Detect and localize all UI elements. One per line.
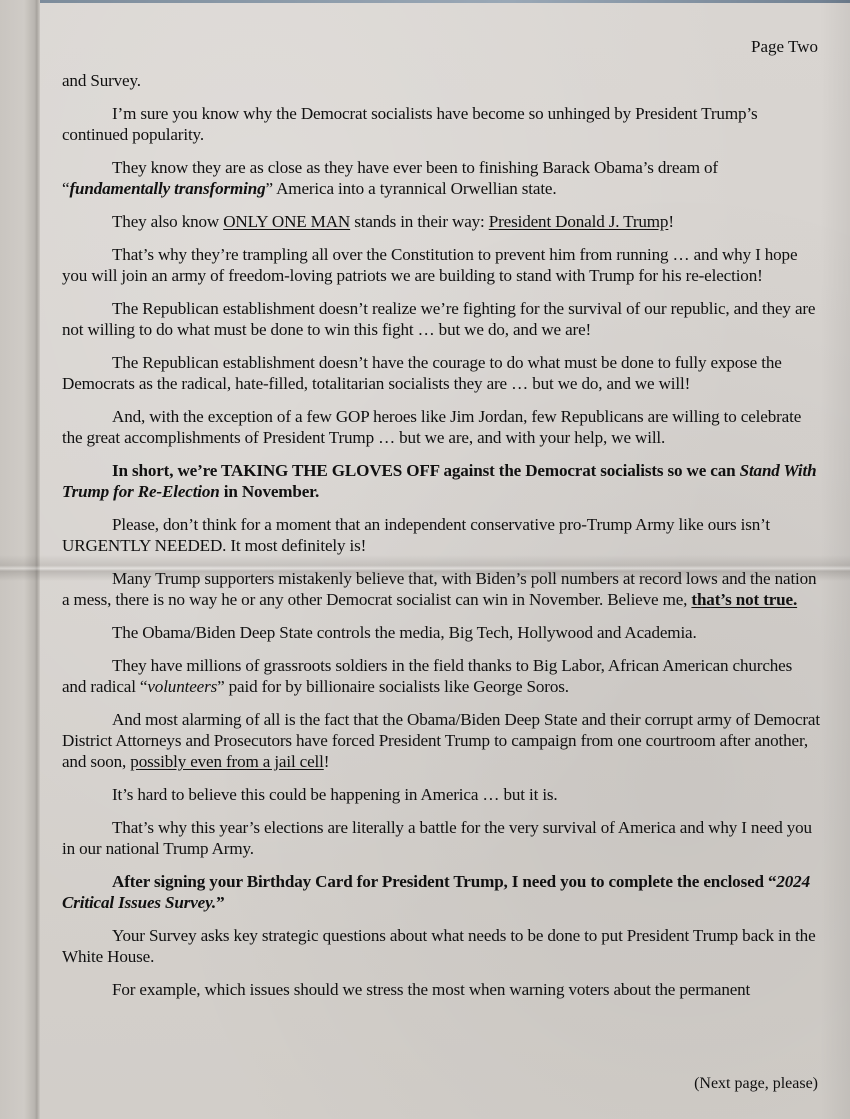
paragraph: I’m sure you know why the Democrat socia… [62,103,820,145]
paragraph: Your Survey asks key strategic questions… [62,925,820,967]
paragraph: Please, don’t think for a moment that an… [62,514,820,556]
paragraph-text: The Obama/Biden Deep State controls the … [112,623,697,642]
paragraph-text: And, with the exception of a few GOP her… [62,407,801,447]
paragraph-text: I’m sure you know why the Democrat socia… [62,104,757,144]
paragraph: They have millions of grassroots soldier… [62,655,820,697]
paragraph: And, with the exception of a few GOP her… [62,406,820,448]
bold-underlined-text: that’s not true. [691,590,797,609]
paragraph: The Republican establishment doesn’t hav… [62,352,820,394]
page-number-label: Page Two [751,37,818,57]
paragraph-text: The Republican establishment doesn’t hav… [62,353,782,393]
paragraph: The Obama/Biden Deep State controls the … [62,622,820,643]
underlined-text: ONLY ONE MAN [223,212,350,231]
paragraph-text: They also know [112,212,223,231]
bold-text: in November. [220,482,320,501]
paragraph-text: and Survey. [62,71,141,90]
paragraph: Many Trump supporters mistakenly believe… [62,568,820,610]
paragraph: That’s why this year’s elections are lit… [62,817,820,859]
bold-text: After signing your Birthday Card for Pre… [112,872,776,891]
italic-text: volunteers [147,677,217,696]
paragraph-text: stands in their way: [350,212,489,231]
underlined-text: President Donald J. Trump [489,212,669,231]
emphasis-text: fundamentally transforming [69,179,265,198]
paragraph-text: That’s why this year’s elections are lit… [62,818,812,858]
paragraph-bold: In short, we’re TAKING THE GLOVES OFF ag… [62,460,820,502]
paragraph-text: ! [324,752,330,771]
paragraph: and Survey. [62,70,820,91]
paragraph: For example, which issues should we stre… [62,979,820,1000]
next-page-note: (Next page, please) [694,1074,818,1094]
paragraph-text: Your Survey asks key strategic questions… [62,926,816,966]
bold-text: In short, we’re TAKING THE GLOVES OFF ag… [112,461,740,480]
paragraph-text: That’s why they’re trampling all over th… [62,245,797,285]
bold-text: ” [216,893,224,912]
paragraph: That’s why they’re trampling all over th… [62,244,820,286]
paragraph: And most alarming of all is the fact tha… [62,709,820,772]
underlined-text: possibly even from a jail cell [130,752,323,771]
paragraph: It’s hard to believe this could be happe… [62,784,820,805]
paragraph-text: The Republican establishment doesn’t rea… [62,299,815,339]
letter-page: Page Two and Survey. I’m sure you know w… [0,0,850,1119]
paragraph-text: ” America into a tyrannical Orwellian st… [265,179,556,198]
scan-top-edge [0,0,850,3]
letter-body: and Survey. I’m sure you know why the De… [62,70,820,1012]
paragraph-text: Please, don’t think for a moment that an… [62,515,770,555]
paragraph: They also know ONLY ONE MAN stands in th… [62,211,820,232]
paragraph-text: ! [668,212,674,231]
paragraph-text: For example, which issues should we stre… [112,980,750,999]
paragraph-text: ” paid for by billionaire socialists lik… [217,677,569,696]
paragraph: They know they are as close as they have… [62,157,820,199]
paragraph-bold: After signing your Birthday Card for Pre… [62,871,820,913]
paragraph: The Republican establishment doesn’t rea… [62,298,820,340]
paragraph-text: It’s hard to believe this could be happe… [112,785,558,804]
